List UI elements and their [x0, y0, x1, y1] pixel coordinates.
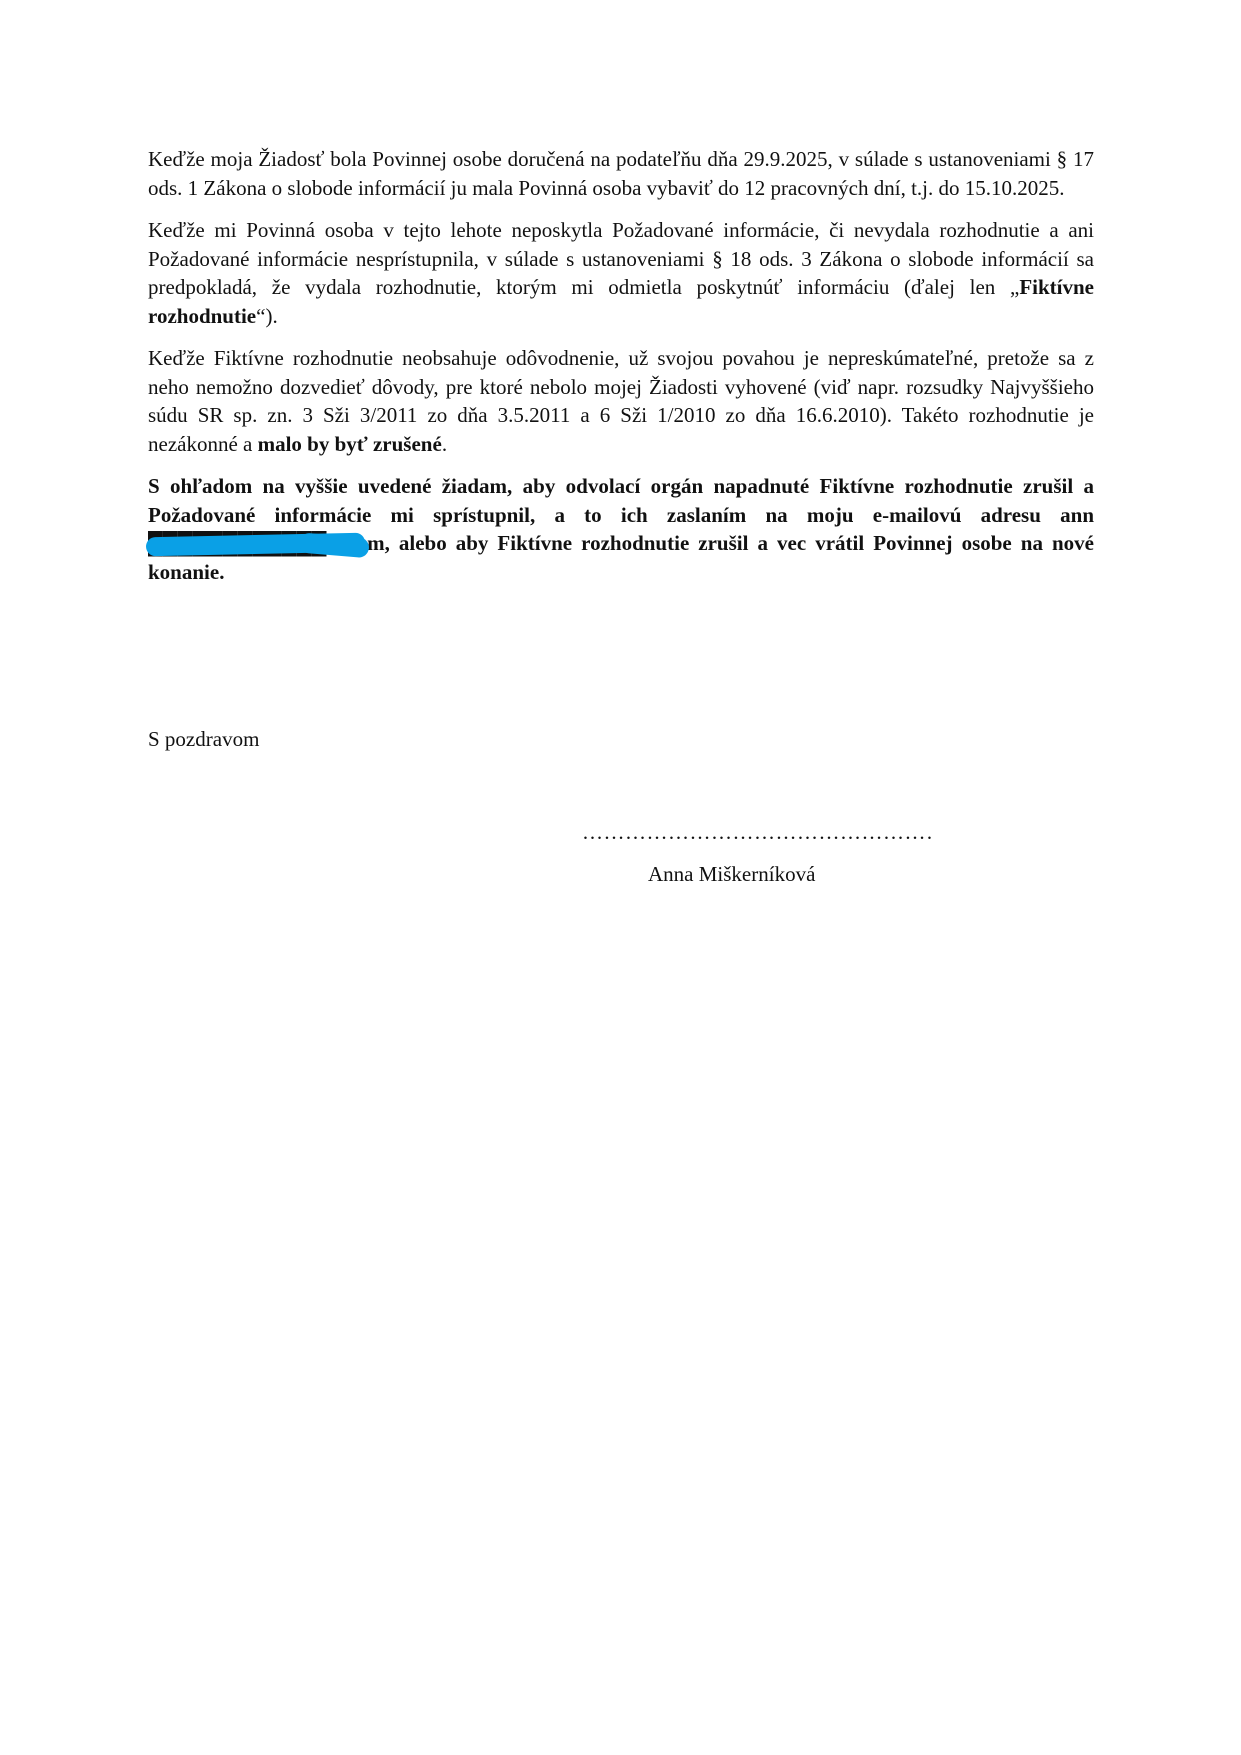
- paragraph-text: “).: [256, 304, 278, 328]
- paragraph-fictive-decision: Keďže mi Povinná osoba v tejto lehote ne…: [148, 216, 1094, 330]
- email-fragment-start: ann: [1060, 503, 1094, 527]
- paragraph-request: S ohľadom na vyššie uvedené žiadam, aby …: [148, 472, 1094, 586]
- paragraph-deadline: Keďže moja Žiadosť bola Povinnej osobe d…: [148, 145, 1094, 202]
- paragraph-text: Keďže mi Povinná osoba v tejto lehote ne…: [148, 218, 1094, 299]
- paragraph-text: .: [442, 432, 447, 456]
- signature-line: ……………………………………………….: [582, 820, 932, 845]
- emphasis-text: malo by byť zrušené: [258, 432, 442, 456]
- letter-body: Keďže moja Žiadosť bola Povinnej osobe d…: [148, 145, 1094, 600]
- signatory-name: Anna Miškerníková: [648, 862, 815, 887]
- redaction-scribble: [146, 533, 365, 557]
- paragraph-unreviewable: Keďže Fiktívne rozhodnutie neobsahuje od…: [148, 344, 1094, 458]
- paragraph-text: S ohľadom na vyššie uvedené žiadam, aby …: [148, 474, 1094, 527]
- email-redaction: ████████████@g: [148, 529, 357, 558]
- closing-salutation: S pozdravom: [148, 727, 259, 752]
